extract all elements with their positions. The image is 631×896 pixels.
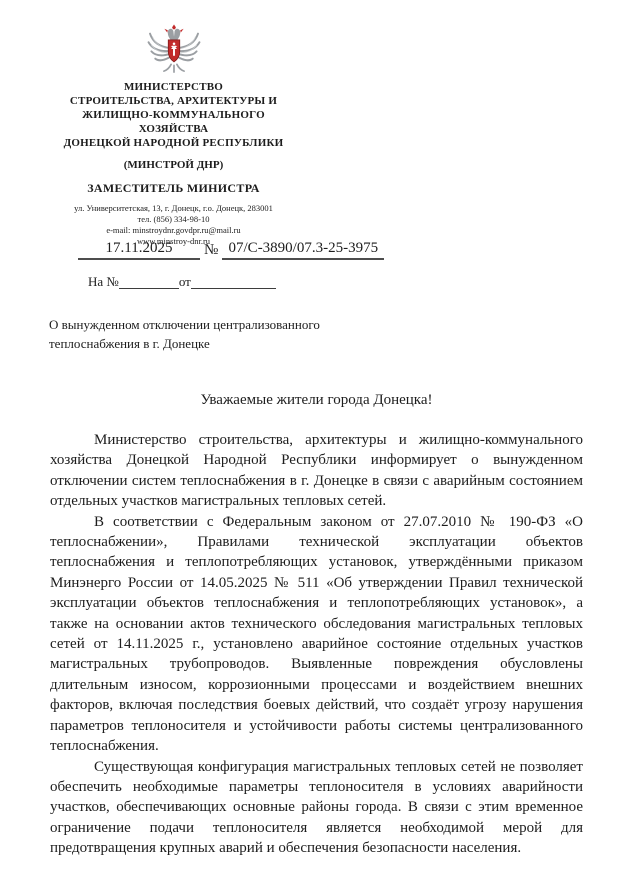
ministry-name-line: МИНИСТЕРСТВО [50, 80, 297, 94]
salutation: Уважаемые жители города Донецка! [50, 390, 583, 410]
ministry-name: МИНИСТЕРСТВО СТРОИТЕЛЬСТВА, АРХИТЕКТУРЫ … [50, 80, 297, 150]
address-street-line: ул. Университетская, 13, г. Донецк, г.о.… [50, 203, 297, 214]
letter-page: { "letterhead": { "emblem_label": "Герб … [0, 0, 631, 896]
letter-date: 17.11.2025 [78, 240, 200, 260]
ministry-short-name: (МИНСТРОЙ ДНР) [50, 158, 297, 172]
address-email-line: e-mail: minstroydnr.govdpr.ru@mail.ru [50, 225, 297, 236]
deputy-minister-title: ЗАМЕСТИТЕЛЬ МИНИСТРА [50, 181, 297, 195]
number-sign-label: № [200, 242, 222, 260]
reply-reference-row: На № от [88, 274, 276, 289]
reply-from-label: от [179, 274, 191, 289]
ministry-name-line: ДОНЕЦКОЙ НАРОДНОЙ РЕСПУБЛИКИ [50, 136, 297, 150]
body-paragraph: Министерство строительства, архитектуры … [50, 430, 583, 512]
body-paragraph: В соответствии с Федеральным законом от … [50, 512, 583, 757]
reply-date-blank [191, 274, 276, 289]
letter-subject: О вынужденном отключении централизованно… [49, 315, 341, 353]
reference-row: 17.11.2025 № 07/С-3890/07.3-25-3975 [78, 240, 384, 260]
address-phone-line: тел. (856) 334-98-10 [50, 214, 297, 225]
reply-number-blank [119, 274, 179, 289]
body-paragraph: Существующая конфигурация магистральных … [50, 757, 583, 859]
letterhead: МИНИСТЕРСТВО СТРОИТЕЛЬСТВА, АРХИТЕКТУРЫ … [50, 24, 297, 247]
ministry-name-line: СТРОИТЕЛЬСТВА, АРХИТЕКТУРЫ И [50, 94, 297, 108]
ministry-name-line: ЖИЛИЩНО-КОММУНАЛЬНОГО [50, 108, 297, 122]
dnr-coat-of-arms-icon [145, 24, 203, 74]
letter-number: 07/С-3890/07.3-25-3975 [222, 240, 384, 260]
reply-to-label: На № [88, 274, 119, 289]
letter-body: Министерство строительства, архитектуры … [50, 430, 583, 859]
ministry-name-line: ХОЗЯЙСТВА [50, 122, 297, 136]
